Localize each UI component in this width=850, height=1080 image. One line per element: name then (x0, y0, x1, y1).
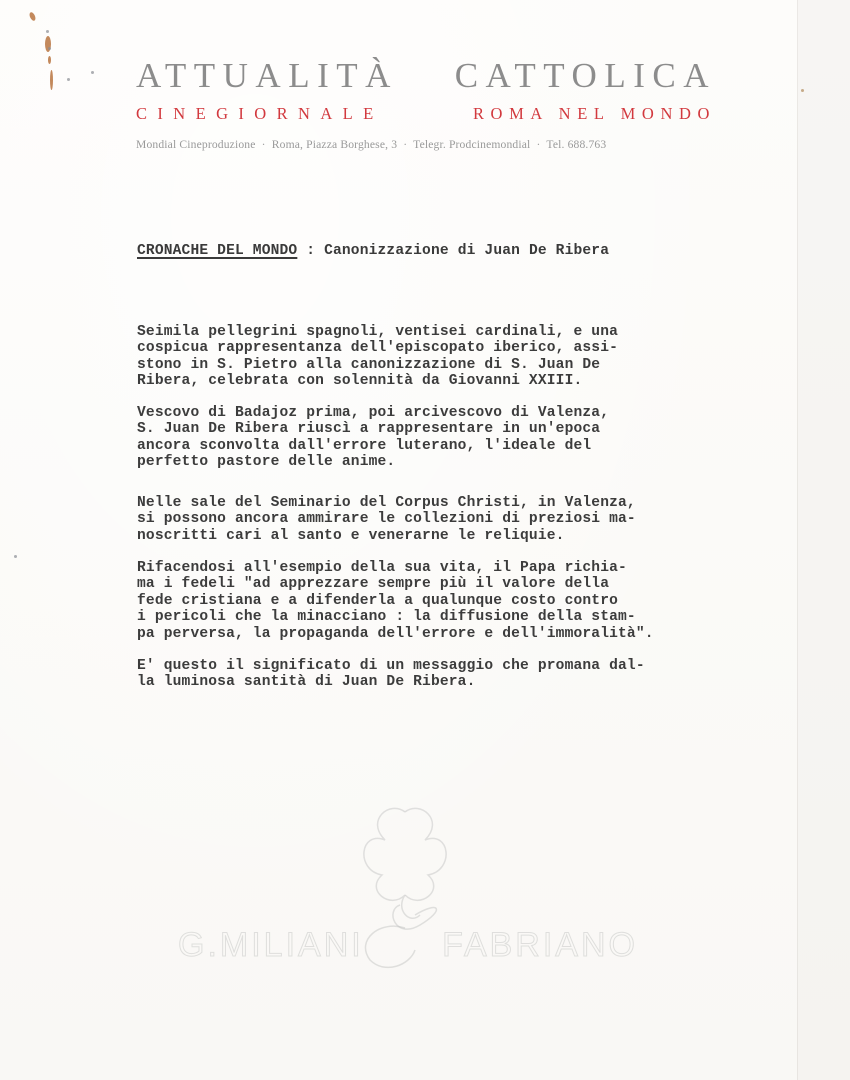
paragraph: Seimila pellegrini spagnoli, ventisei ca… (137, 324, 737, 390)
watermark-text-right: FABRIANO (442, 928, 638, 962)
paragraph: E' questo il significato di un messaggio… (137, 658, 737, 691)
letterhead-subtitle: CINEGIORNALE ROMA NEL MONDO (136, 106, 716, 123)
text-line: Seimila pellegrini spagnoli, ventisei ca… (137, 324, 737, 340)
text-line: noscritti cari al santo e venerarne le r… (137, 528, 737, 544)
text-line: cospicua rappresentanza dell'episcopato … (137, 340, 737, 356)
text-line: Nelle sale del Seminario del Corpus Chri… (137, 495, 737, 511)
paragraph: Vescovo di Badajoz prima, poi arcivescov… (137, 405, 737, 471)
text-line: fede cristiana e a difenderla a qualunqu… (137, 593, 737, 609)
watermark-text: G.MILIANI FABRIANO (178, 928, 638, 962)
text-line: Rifacendosi all'esempio della sua vita, … (137, 560, 737, 576)
text-line: perfetto pastore delle anime. (137, 454, 737, 470)
letterhead-title: ATTUALITÀ CATTOLICA (136, 58, 716, 93)
watermark-text-left: G.MILIANI (178, 928, 364, 962)
document-heading: CRONACHE DEL MONDO : Canonizzazione di J… (137, 244, 609, 259)
title-left: ATTUALITÀ (136, 58, 398, 93)
subtitle-left: CINEGIORNALE (136, 106, 384, 123)
text-line: la luminosa santità di Juan De Ribera. (137, 674, 737, 690)
text-line: ancora sconvolta dall'errore luterano, l… (137, 438, 737, 454)
text-line: Vescovo di Badajoz prima, poi arcivescov… (137, 405, 737, 421)
text-line: Ribera, celebrata con solennità da Giova… (137, 373, 737, 389)
paragraph: Rifacendosi all'esempio della sua vita, … (137, 560, 737, 642)
title-right: CATTOLICA (455, 58, 716, 93)
subtitle-right: ROMA NEL MONDO (473, 106, 716, 123)
text-line: si possono ancora ammirare le collezioni… (137, 511, 737, 527)
heading-title: Canonizzazione di Juan De Ribera (324, 243, 609, 259)
letterhead-address: Mondial Cineproduzione · Roma, Piazza Bo… (136, 139, 606, 151)
text-line: pa perversa, la propaganda dell'errore e… (137, 626, 737, 642)
text-line: E' questo il significato di un messaggio… (137, 658, 737, 674)
text-line: i pericoli che la minacciano : la diffus… (137, 609, 737, 625)
text-line: ma i fedeli "ad apprezzare sempre più il… (137, 576, 737, 592)
fold-line (797, 0, 798, 1080)
paper-edge-shade (798, 0, 850, 1080)
text-line: stono in S. Pietro alla canonizzazione d… (137, 357, 737, 373)
text-line: S. Juan De Ribera riuscì a rappresentare… (137, 421, 737, 437)
section-name: CRONACHE DEL MONDO (137, 243, 297, 259)
paragraph: Nelle sale del Seminario del Corpus Chri… (137, 495, 737, 544)
paper-watermark: G.MILIANI FABRIANO (160, 800, 720, 980)
heading-separator: : (297, 243, 324, 259)
